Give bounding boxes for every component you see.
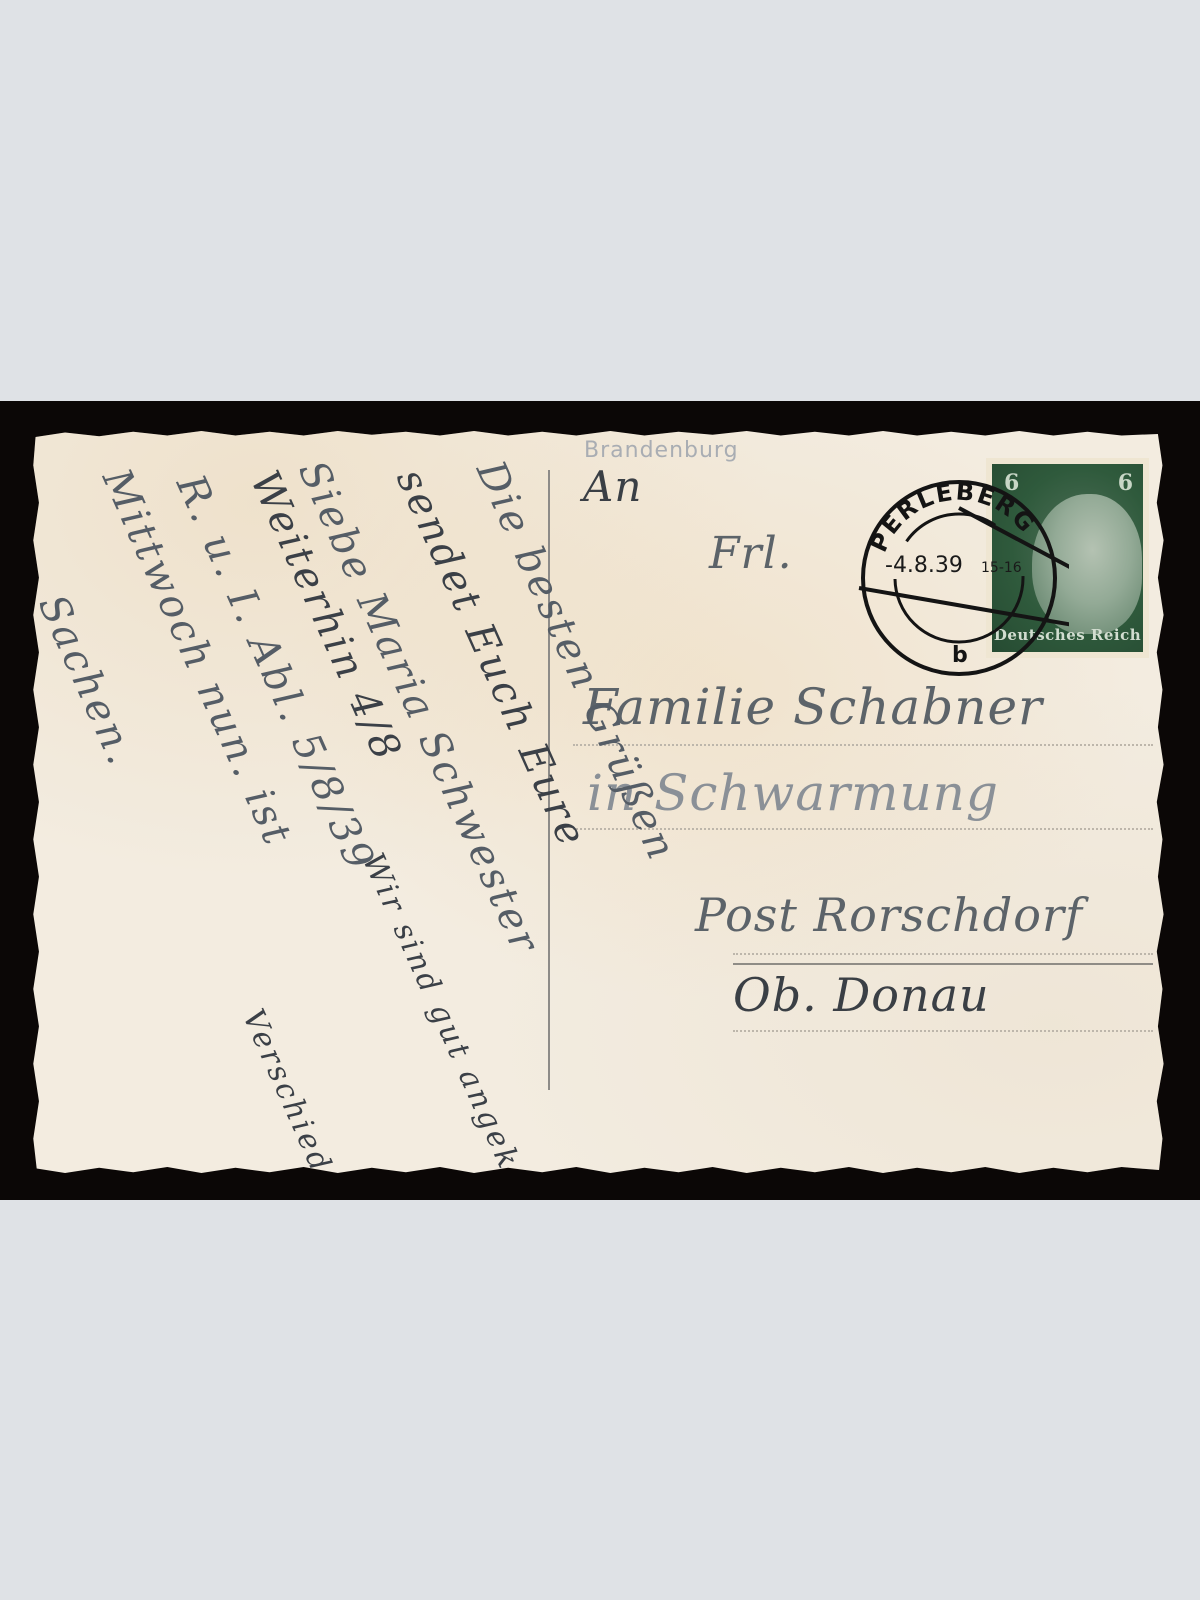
address-line-1 <box>573 744 1153 746</box>
postmark-town: PERLEBERG <box>864 478 1041 557</box>
address-salutation: Frl. <box>709 528 793 579</box>
stamp-value-right: 6 <box>1118 470 1133 496</box>
address-line-3 <box>733 953 1153 955</box>
address-line-4 <box>733 1030 1153 1032</box>
address-post: Post Rorschdorf <box>695 888 1083 942</box>
pencil-note: Brandenburg <box>584 438 739 463</box>
message-line-8: Wir sind gut angekommen <box>355 848 578 1176</box>
postmark-time: 15-16 <box>981 560 1022 576</box>
postmark-code: b <box>952 643 968 668</box>
postcard: Brandenburg An Frl. Familie Schabner in … <box>31 428 1167 1176</box>
address-underline <box>733 963 1153 965</box>
address-region: Ob. Donau <box>733 968 990 1022</box>
address-prefix: An <box>583 462 642 511</box>
message-line-7: Sachen. <box>31 588 145 773</box>
postmark-date: -4.8.39 <box>885 553 963 578</box>
message-line-9: Verschiedenes 1/2 <box>235 1004 400 1176</box>
postmark-cancel: PERLEBERG -4.8.39 15-16 b <box>849 468 1069 688</box>
